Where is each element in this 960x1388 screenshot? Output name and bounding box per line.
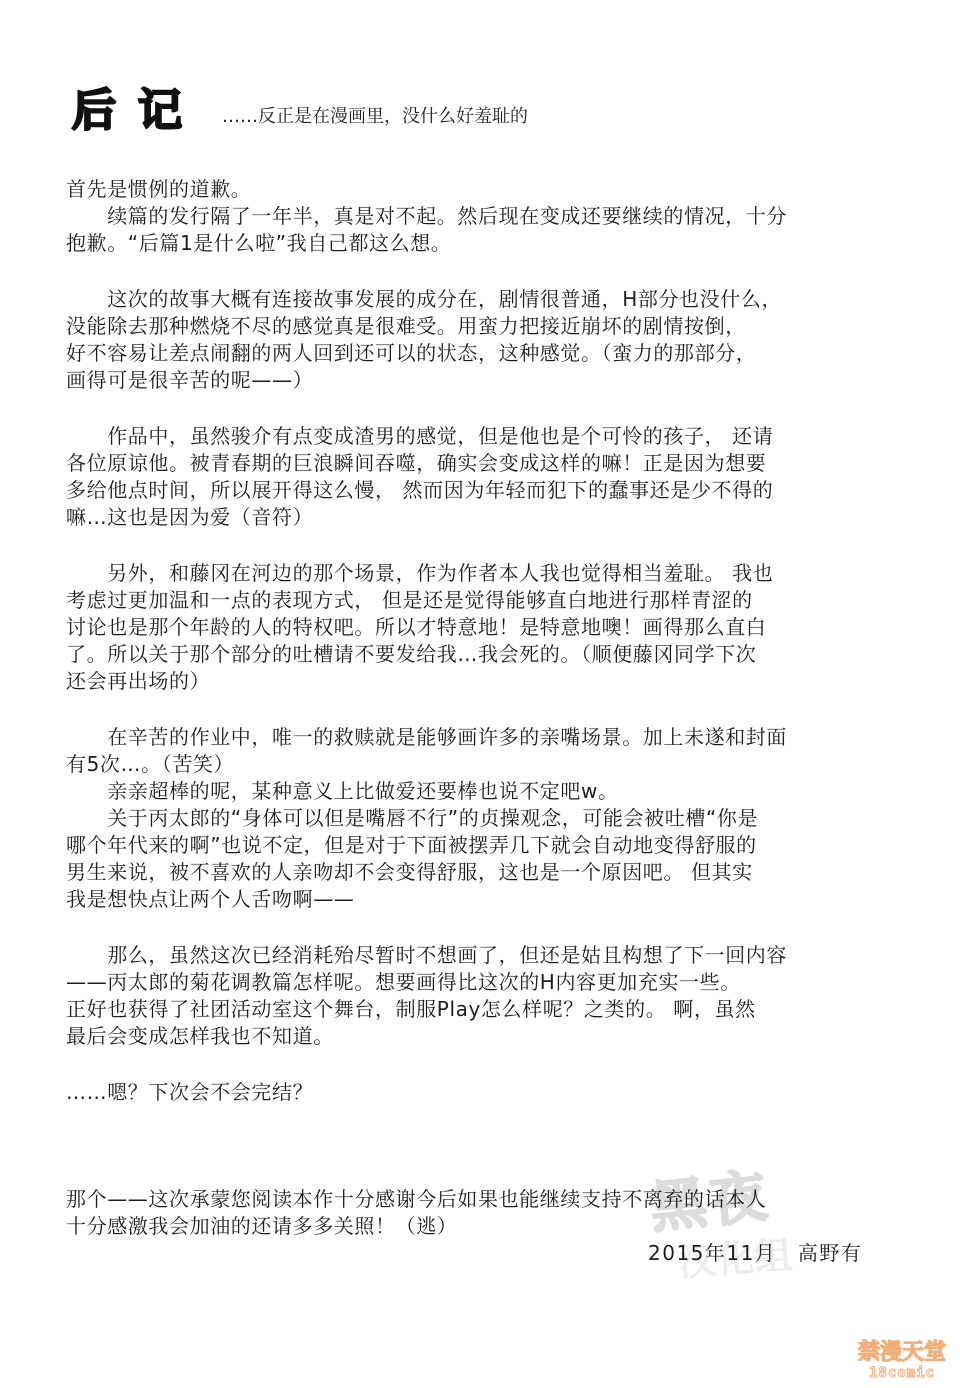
site-logo: 禁漫天堂 18comic bbox=[852, 1342, 952, 1382]
text-line: 我是想快点让两个人舌吻啊—— bbox=[66, 886, 896, 913]
afterword-body: 首先是惯例的道歉。 续篇的发行隔了一年半，真是对不起。然后现在变成还要继续的情况… bbox=[66, 176, 896, 1240]
text-line: 关于丙太郎的“身体可以但是嘴唇不行”的贞操观念，可能会被吐槽“你是 bbox=[66, 805, 896, 832]
paragraph-next-volume: 那么，虽然这次已经消耗殆尽暂时不想画了，但还是姑且构想了下一回内容 ——丙太郎的… bbox=[66, 942, 896, 1050]
text-line: 还会再出场的） bbox=[66, 668, 896, 695]
text-line: 十分感激我会加油的还请多多关照！（逃） bbox=[66, 1213, 896, 1240]
paragraph-fujioka: 另外，和藤冈在河边的那个场景，作为作者本人我也觉得相当羞耻。 我也 考虑过更加温… bbox=[66, 560, 896, 695]
text-line: 讨论也是那个年龄的人的特权吧。所以才特意地！是特意地噢！画得那么直白 bbox=[66, 614, 896, 641]
text-line: 另外，和藤冈在河边的那个场景，作为作者本人我也觉得相当羞耻。 我也 bbox=[66, 560, 896, 587]
text-line: ……嗯？下次会不会完结？ bbox=[66, 1079, 896, 1106]
text-line: ——丙太郎的菊花调教篇怎样呢。想要画得比这次的H内容更加充实一些。 bbox=[66, 969, 896, 996]
paragraph-thanks: 那个——这次承蒙您阅读本作十分感谢今后如果也能继续支持不离弃的话本人 十分感激我… bbox=[66, 1186, 896, 1240]
text-line: 续篇的发行隔了一年半，真是对不起。然后现在变成还要继续的情况，十分 bbox=[66, 203, 896, 230]
text-line: 嘛…这也是因为爱（音符） bbox=[66, 504, 896, 531]
text-line: 作品中，虽然骏介有点变成渣男的感觉，但是他也是个可怜的孩子， 还请 bbox=[66, 423, 896, 450]
text-line: 考虑过更加温和一点的表现方式， 但是还是觉得能够直白地进行那样青涩的 bbox=[66, 587, 896, 614]
paragraph-apology: 首先是惯例的道歉。 续篇的发行隔了一年半，真是对不起。然后现在变成还要继续的情况… bbox=[66, 176, 896, 257]
text-line: 那个——这次承蒙您阅读本作十分感谢今后如果也能继续支持不离弃的话本人 bbox=[66, 1186, 896, 1213]
page-title: 后记 bbox=[72, 86, 204, 136]
afterword-header: 后记 ……反正是在漫画里，没什么好羞耻的 bbox=[72, 86, 528, 136]
text-line: 在辛苦的作业中，唯一的救赎就是能够画许多的亲嘴场景。加上未遂和封面 bbox=[66, 724, 896, 751]
paragraph-shunsuke: 作品中，虽然骏介有点变成渣男的感觉，但是他也是个可怜的孩子， 还请 各位原谅他。… bbox=[66, 423, 896, 531]
text-line: 亲亲超棒的呢，某种意义上比做爱还要棒也说不定吧w。 bbox=[66, 778, 896, 805]
page-subtitle: ……反正是在漫画里，没什么好羞耻的 bbox=[222, 102, 528, 136]
site-logo-cn: 禁漫天堂 bbox=[852, 1342, 952, 1364]
text-line: 了。所以关于那个部分的吐槽请不要发给我…我会死的。（顺便藤冈同学下次 bbox=[66, 641, 896, 668]
text-line: 多给他点时间，所以展开得这么慢， 然而因为年轻而犯下的蠢事还是少不得的 bbox=[66, 477, 896, 504]
text-line: 首先是惯例的道歉。 bbox=[66, 176, 896, 203]
text-line: 最后会变成怎样我也不知道。 bbox=[66, 1023, 896, 1050]
paragraph-kissing: 在辛苦的作业中，唯一的救赎就是能够画许多的亲嘴场景。加上未遂和封面 有5次…。（… bbox=[66, 724, 896, 913]
text-line: 正好也获得了社团活动室这个舞台，制服Play怎么样呢？之类的。 啊，虽然 bbox=[66, 996, 896, 1023]
text-line: 好不容易让差点闹翻的两人回到还可以的状态，这种感觉。（蛮力的那部分， bbox=[66, 340, 896, 367]
site-logo-en: 18comic bbox=[852, 1364, 952, 1382]
text-line: 没能除去那种燃烧不尽的感觉真是很难受。用蛮力把接近崩坏的剧情按倒， bbox=[66, 313, 896, 340]
paragraph-story: 这次的故事大概有连接故事发展的成分在，剧情很普通，H部分也没什么， 没能除去那种… bbox=[66, 286, 896, 394]
signature: 2015年11月 高野有 bbox=[648, 1237, 862, 1266]
text-line: 那么，虽然这次已经消耗殆尽暂时不想画了，但还是姑且构想了下一回内容 bbox=[66, 942, 896, 969]
text-line: 有5次…。（苦笑） bbox=[66, 751, 896, 778]
paragraph-question: ……嗯？下次会不会完结？ bbox=[66, 1079, 896, 1106]
text-line: 画得可是很辛苦的呢——） bbox=[66, 367, 896, 394]
text-line: 男生来说，被不喜欢的人亲吻却不会变得舒服，这也是一个原因吧。 但其实 bbox=[66, 859, 896, 886]
text-line: 各位原谅他。被青春期的巨浪瞬间吞噬，确实会变成这样的嘛！正是因为想要 bbox=[66, 450, 896, 477]
text-line: 哪个年代来的啊”也说不定，但是对于下面被摆弄几下就会自动地变得舒服的 bbox=[66, 832, 896, 859]
text-line: 抱歉。“后篇1是什么啦”我自己都这么想。 bbox=[66, 230, 896, 257]
text-line: 这次的故事大概有连接故事发展的成分在，剧情很普通，H部分也没什么， bbox=[66, 286, 896, 313]
